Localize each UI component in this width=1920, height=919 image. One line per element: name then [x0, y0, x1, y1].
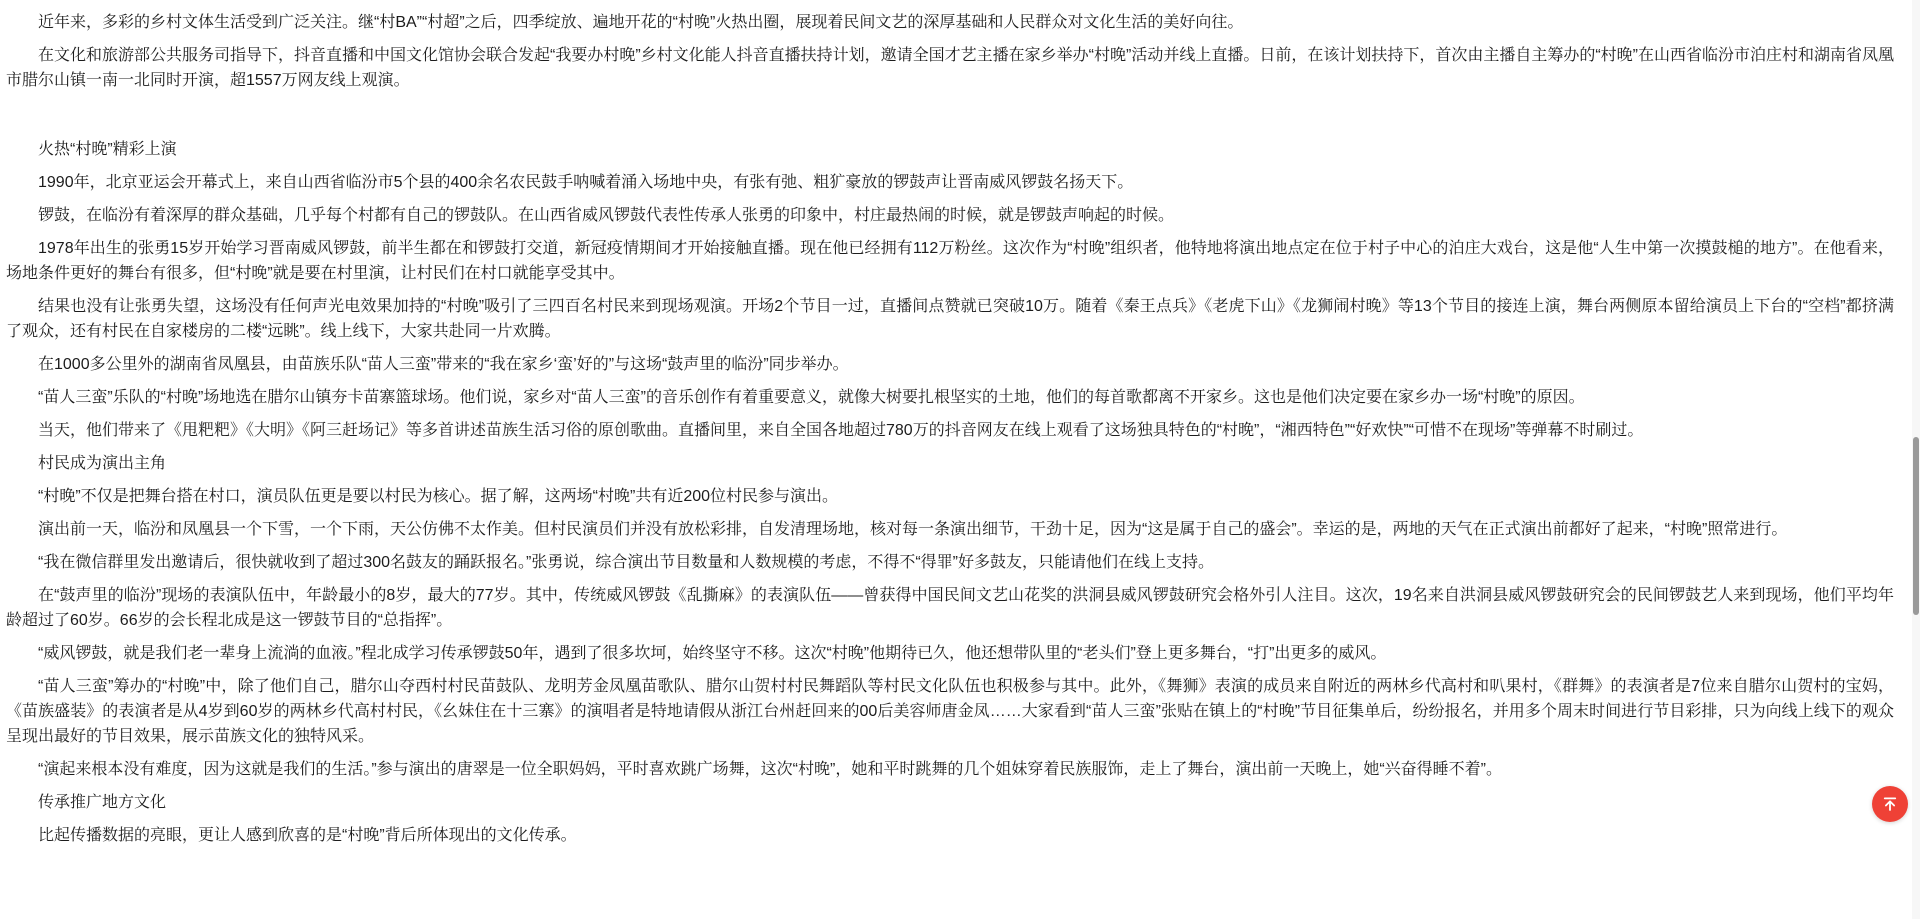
- scrollbar-track[interactable]: [1912, 0, 1920, 919]
- article-paragraph: “我在微信群里发出邀请后，很快就收到了超过300名鼓友的踊跃报名。”张勇说，综合…: [6, 550, 1894, 575]
- article-body: 近年来，多彩的乡村文体生活受到广泛关注。继“村BA”“村超”之后，四季绽放、遍地…: [6, 0, 1894, 856]
- article-paragraph: “苗人三蛮”乐队的“村晚”场地选在腊尔山镇夯卡苗寨篮球场。他们说，家乡对“苗人三…: [6, 385, 1894, 410]
- section-heading: 传承推广地方文化: [6, 790, 1894, 815]
- article-paragraph: “苗人三蛮”筹办的“村晚”中，除了他们自己，腊尔山夺西村村民苗鼓队、龙明芳金凤凰…: [6, 674, 1894, 749]
- article-paragraph: 结果也没有让张勇失望，这场没有任何声光电效果加持的“村晚”吸引了三四百名村民来到…: [6, 294, 1894, 344]
- article-paragraph: 在“鼓声里的临汾”现场的表演队伍中，年龄最小的8岁，最大的77岁。其中，传统威风…: [6, 583, 1894, 633]
- article-paragraph: 近年来，多彩的乡村文体生活受到广泛关注。继“村BA”“村超”之后，四季绽放、遍地…: [6, 10, 1894, 35]
- arrow-up-to-top-icon: [1881, 795, 1899, 813]
- article-paragraph: 比起传播数据的亮眼，更让人感到欣喜的是“村晚”背后所体现出的文化传承。: [6, 823, 1894, 848]
- article-paragraph: “演起来根本没有难度，因为这就是我们的生活。”参与演出的唐翠是一位全职妈妈，平时…: [6, 757, 1894, 782]
- back-to-top-button[interactable]: [1872, 786, 1908, 822]
- article-paragraph: 锣鼓，在临汾有着深厚的群众基础，几乎每个村都有自己的锣鼓队。在山西省威风锣鼓代表…: [6, 203, 1894, 228]
- article-paragraph: 1978年出生的张勇15岁开始学习晋南威风锣鼓，前半生都在和锣鼓打交道，新冠疫情…: [6, 236, 1894, 286]
- article-paragraph: 演出前一天，临汾和凤凰县一个下雪，一个下雨，天公仿佛不太作美。但村民演员们并没有…: [6, 517, 1894, 542]
- section-heading: 火热“村晚”精彩上演: [6, 137, 1894, 162]
- article-paragraph: 1990年，北京亚运会开幕式上，来自山西省临汾市5个县的400余名农民鼓手呐喊着…: [6, 170, 1894, 195]
- article-paragraph: 在1000多公里外的湖南省凤凰县，由苗族乐队“苗人三蛮”带来的“我在家乡‘蛮’好…: [6, 352, 1894, 377]
- scrollbar-thumb[interactable]: [1913, 437, 1919, 615]
- article-paragraph: 当天，他们带来了《甩粑粑》《大明》《阿三赶场记》等多首讲述苗族生活习俗的原创歌曲…: [6, 418, 1894, 443]
- section-heading: 村民成为演出主角: [6, 451, 1894, 476]
- article-paragraph: “村晚”不仅是把舞台搭在村口，演员队伍更是要以村民为核心。据了解，这两场“村晚”…: [6, 484, 1894, 509]
- article-paragraph: “威风锣鼓，就是我们老一辈身上流淌的血液。”程北成学习传承锣鼓50年，遇到了很多…: [6, 641, 1894, 666]
- article-paragraph: 在文化和旅游部公共服务司指导下，抖音直播和中国文化馆协会联合发起“我要办村晚”乡…: [6, 43, 1894, 93]
